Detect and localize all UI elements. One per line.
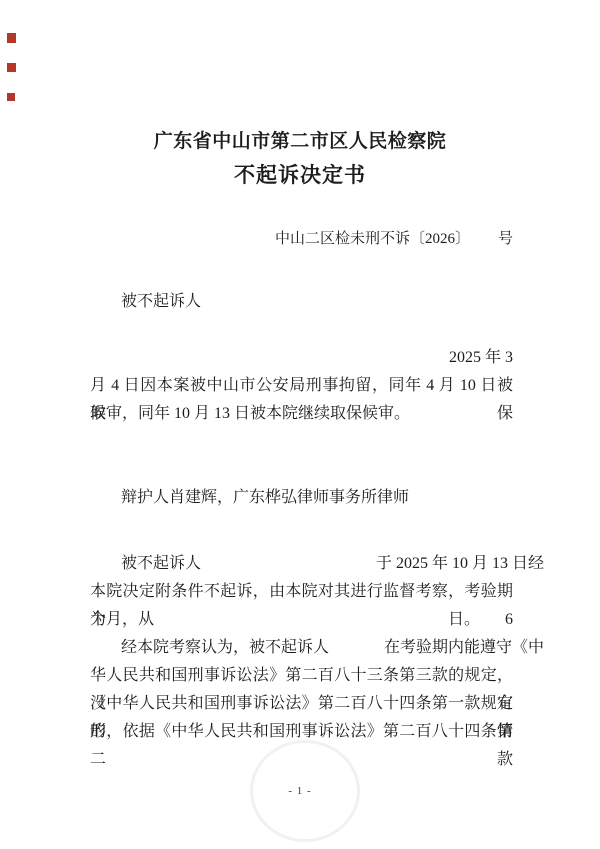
line-conclusion-3: 《中华人民共和国刑事诉讼法》第二百八十四条第一款规定的情: [90, 690, 513, 718]
red-mark: [7, 93, 15, 101]
line-bail-detail: 候审，同年 10 月 13 日被本院继续取保候审。: [90, 400, 513, 428]
document-page: 广东省中山市第二市区人民检察院 不起诉决定书 中山二区检未刑不诉〔2026〕号 …: [0, 0, 600, 849]
conclusion-left-text: 经本院考察认为，被不起诉人: [121, 639, 329, 656]
procuratorate-name: 广东省中山市第二市区人民检察院: [0, 130, 600, 154]
probation-left-text: 个月，从: [90, 611, 154, 628]
line-detention-detail: 月 4 日因本案被中山市公安局刑事拘留，同年 4 月 10 日被取保: [90, 372, 513, 400]
document-title: 不起诉决定书: [0, 162, 600, 188]
decision-right-text: 于 2025 年 10 月 13 日经: [376, 550, 544, 578]
document-number-prefix: 中山二区检未刑不诉〔2026〕: [275, 231, 470, 247]
document-number: 中山二区检未刑不诉〔2026〕号: [90, 229, 513, 249]
conclusion-right-text: 在考验期内能遵守《中: [384, 634, 544, 662]
line-decision-3: 个月，从 日。: [90, 606, 513, 634]
line-nonprosecuted-label: 被不起诉人: [90, 288, 544, 316]
line-decision-2: 本院决定附条件不起诉，由本院对其进行监督考察，考验期为 6: [90, 578, 513, 606]
red-mark: [7, 63, 16, 72]
line-detention-date-start: 2025 年 3: [90, 344, 513, 372]
page-number: - 1 -: [0, 785, 600, 797]
line-conclusion-2: 华人民共和国刑事诉讼法》第二百八十三条第三款的规定，没有: [90, 662, 513, 690]
line-conclusion-1: 经本院考察认为，被不起诉人 在考验期内能遵守《中: [90, 634, 544, 662]
line-defender: 辩护人肖建辉，广东桦弘律师事务所律师: [90, 484, 544, 512]
document-number-suffix: 号: [498, 231, 513, 247]
red-mark: [7, 33, 16, 43]
line-decision-1: 被不起诉人 于 2025 年 10 月 13 日经: [90, 550, 544, 578]
decision-left-text: 被不起诉人: [121, 555, 201, 572]
probation-end-text: 日。: [448, 606, 480, 634]
